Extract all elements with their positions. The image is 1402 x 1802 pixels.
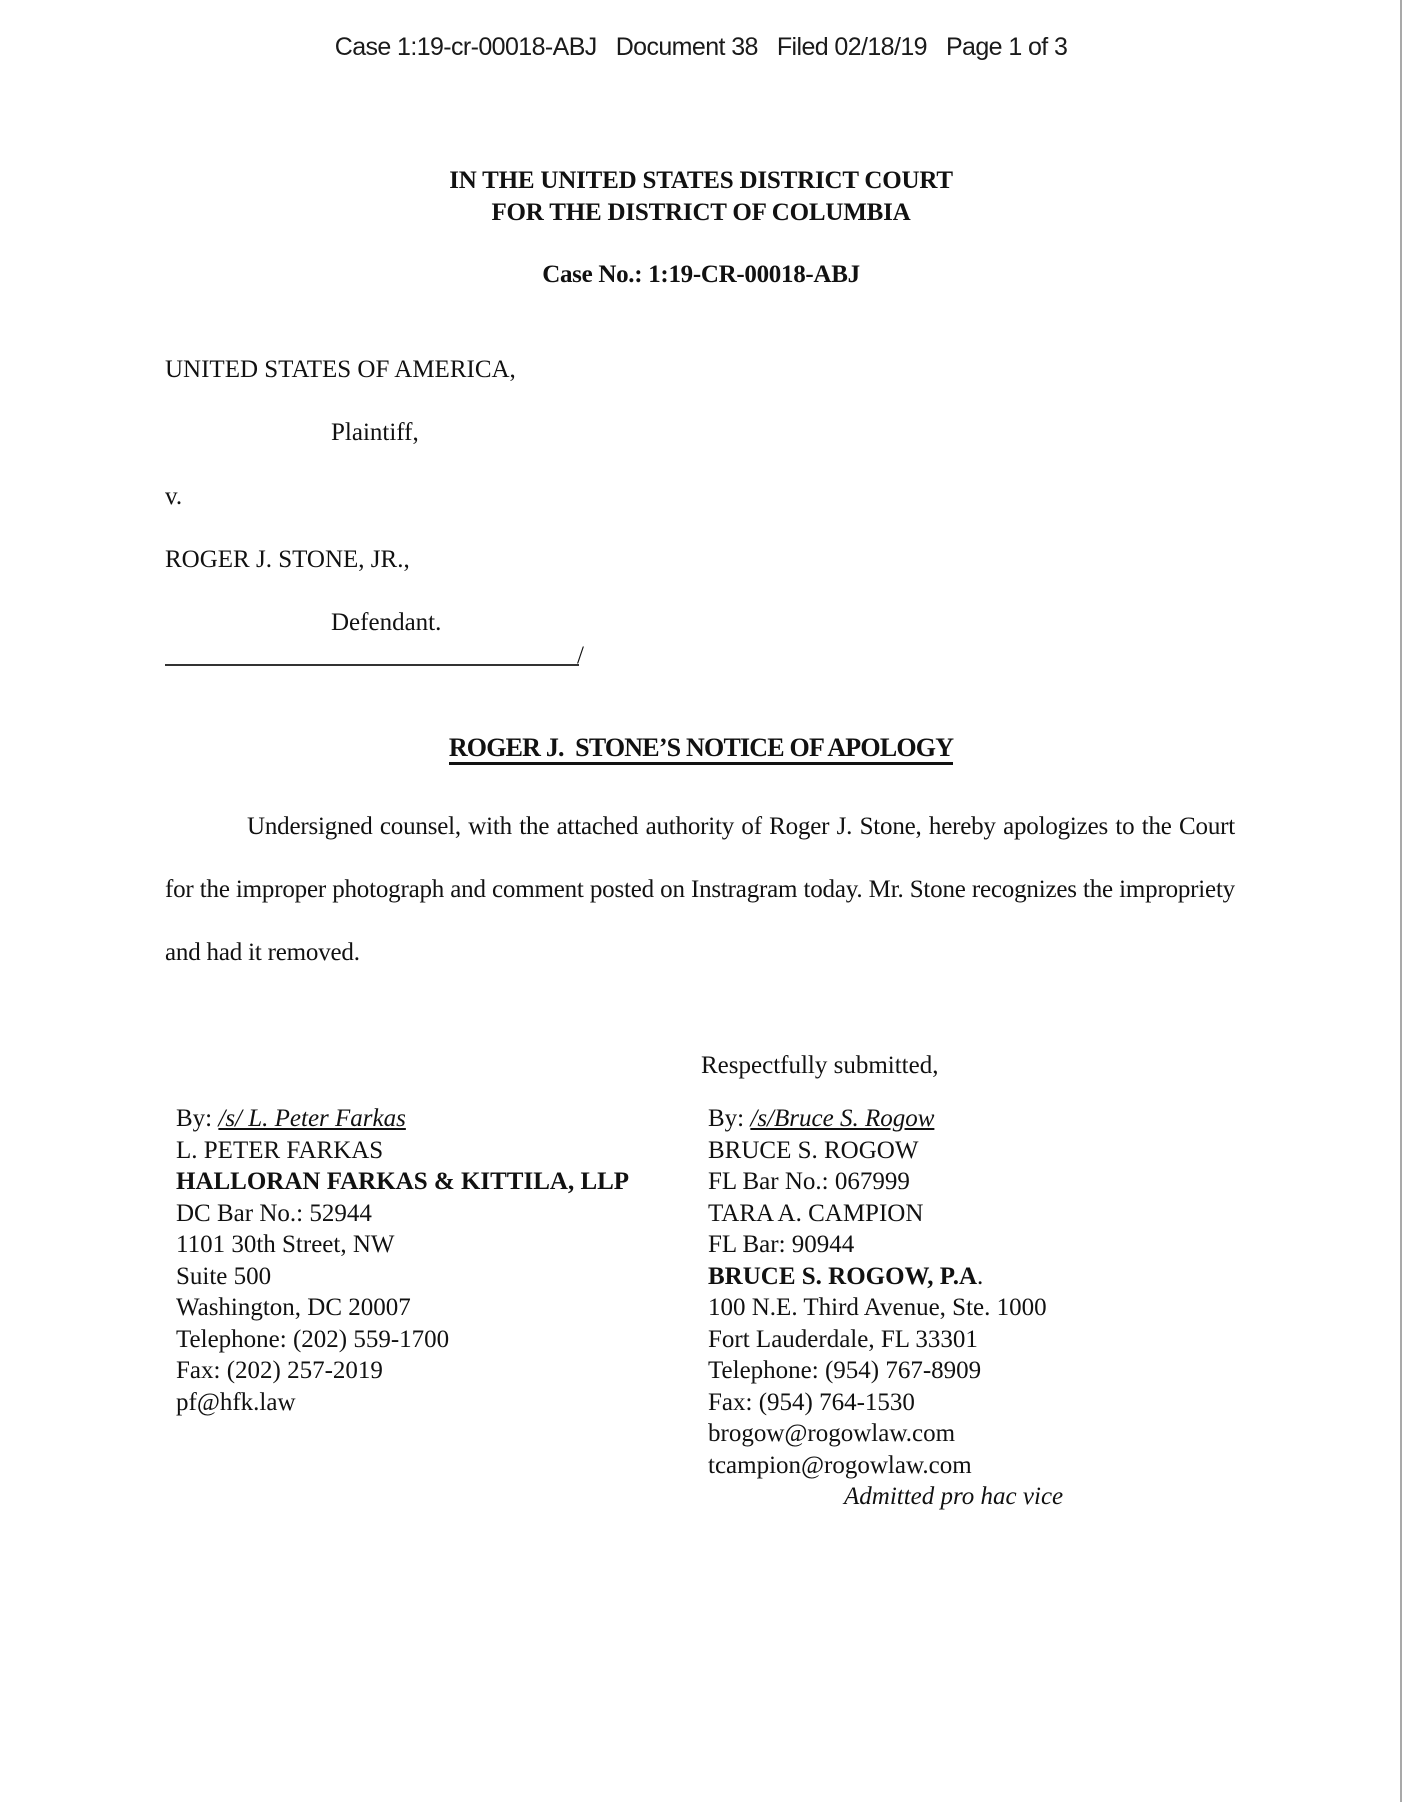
bar-number: FL Bar No.: 067999 <box>708 1166 1063 1198</box>
telephone: Telephone: (202) 559-1700 <box>176 1324 629 1356</box>
signature-block-left: By: /s/ L. Peter Farkas L. PETER FARKAS … <box>176 1103 629 1418</box>
case-number: Case No.: 1:19-CR-00018-ABJ <box>0 261 1402 289</box>
attorney-name: BRUCE S. ROGOW <box>708 1135 1063 1167</box>
caption-rule <box>165 664 579 666</box>
ecf-page-number: Page 1 of 3 <box>946 33 1067 61</box>
law-firm: HALLORAN FARKAS & KITTILA, LLP <box>176 1166 629 1198</box>
address-city: Fort Lauderdale, FL 33301 <box>708 1324 1063 1356</box>
ecf-filing-header: Case 1:19-cr-00018-ABJ Document 38 Filed… <box>0 33 1402 62</box>
address-line2: Suite 500 <box>176 1261 629 1293</box>
law-firm-line: BRUCE S. ROGOW, P.A. <box>708 1261 1063 1293</box>
versus: v. <box>165 483 182 511</box>
signature-line-right: By: /s/Bruce S. Rogow <box>708 1103 1063 1135</box>
ecf-filed-date: Filed 02/18/19 <box>777 33 927 61</box>
e-signature: /s/ L. Peter Farkas <box>218 1105 406 1132</box>
caption-rule-slash: / <box>577 642 584 670</box>
e-signature: /s/Bruce S. Rogow <box>750 1105 934 1132</box>
plaintiff-role: Plaintiff, <box>331 419 419 447</box>
fax: Fax: (954) 764-1530 <box>708 1387 1063 1419</box>
ecf-case-number: Case 1:19-cr-00018-ABJ <box>335 33 597 61</box>
law-firm-suffix: . <box>977 1263 983 1290</box>
address-city: Washington, DC 20007 <box>176 1292 629 1324</box>
address-line1: 100 N.E. Third Avenue, Ste. 1000 <box>708 1292 1063 1324</box>
telephone: Telephone: (954) 767-8909 <box>708 1355 1063 1387</box>
court-heading-line2: FOR THE DISTRICT OF COLUMBIA <box>0 197 1402 229</box>
address-line1: 1101 30th Street, NW <box>176 1229 629 1261</box>
fax: Fax: (202) 257-2019 <box>176 1355 629 1387</box>
by-label: By: <box>176 1105 218 1132</box>
email-2: tcampion@rogowlaw.com <box>708 1450 1063 1482</box>
ecf-document-number: Document 38 <box>616 33 758 61</box>
document-title: ROGER J. STONE’S NOTICE OF APOLOGY <box>449 733 953 765</box>
by-label: By: <box>708 1105 750 1132</box>
court-heading-line1: IN THE UNITED STATES DISTRICT COURT <box>0 165 1402 197</box>
pro-hac-vice-note: Admitted pro hac vice <box>708 1481 1063 1513</box>
body-paragraph: Undersigned counsel, with the attached a… <box>165 795 1235 984</box>
attorney-name-2: TARA A. CAMPION <box>708 1198 1063 1230</box>
signature-block-right: By: /s/Bruce S. Rogow BRUCE S. ROGOW FL … <box>708 1103 1063 1513</box>
bar-number-2: FL Bar: 90944 <box>708 1229 1063 1261</box>
bar-number: DC Bar No.: 52944 <box>176 1198 629 1230</box>
email: pf@hfk.law <box>176 1387 629 1419</box>
law-firm: BRUCE S. ROGOW, P.A <box>708 1263 977 1290</box>
plaintiff-name: UNITED STATES OF AMERICA, <box>165 356 516 384</box>
defendant-role: Defendant. <box>331 609 441 637</box>
signature-line-left: By: /s/ L. Peter Farkas <box>176 1103 629 1135</box>
document-title-wrap: ROGER J. STONE’S NOTICE OF APOLOGY <box>0 733 1402 763</box>
court-heading: IN THE UNITED STATES DISTRICT COURT FOR … <box>0 165 1402 229</box>
closing: Respectfully submitted, <box>701 1052 938 1080</box>
defendant-name: ROGER J. STONE, JR., <box>165 546 410 574</box>
email-1: brogow@rogowlaw.com <box>708 1418 1063 1450</box>
attorney-name: L. PETER FARKAS <box>176 1135 629 1167</box>
